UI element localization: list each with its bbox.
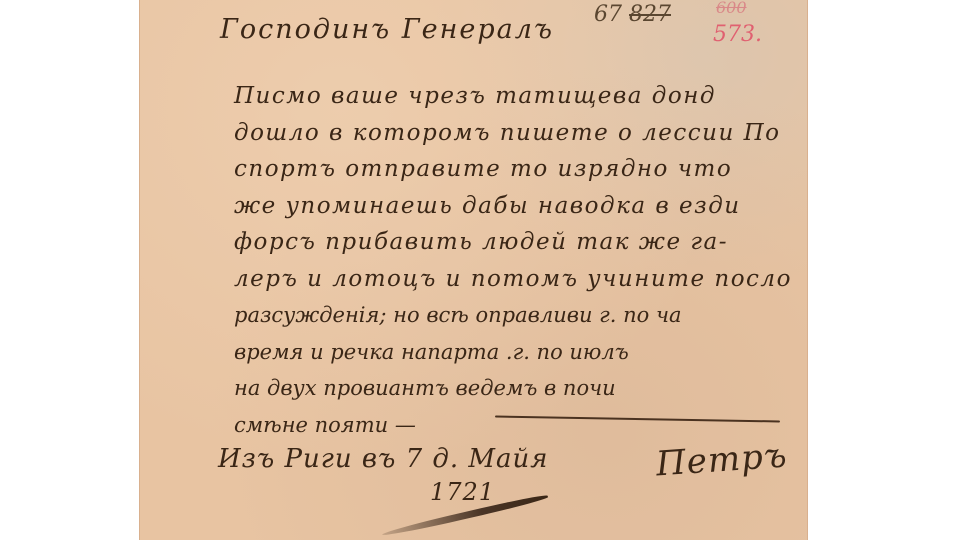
body-line: форсъ прибавить людей так же га- (234, 224, 794, 261)
archive-number-ink: 67 827 (594, 2, 671, 27)
archive-number-red: 573. (713, 22, 762, 47)
body-line: Писмо ваше чрезъ татищева донд (234, 78, 794, 115)
body-line: разсужденія; но всѣ оправливи г. по ча (234, 297, 794, 334)
place-date: Изъ Риги въ 7 д. Майя (218, 444, 548, 474)
body-line: дошло в которомъ пишете о лессии По (234, 115, 794, 152)
year: 1721 (430, 478, 495, 506)
body-line: же упоминаешь дабы наводка в езди (234, 188, 794, 225)
letter-page: Господинъ Генералъ 67 827 600 573. Писмо… (139, 0, 808, 540)
letter-body: Писмо ваше чрезъ татищева донд дошло в к… (234, 78, 794, 443)
body-line: смѣне пояти — (234, 407, 794, 444)
body-line: на двух провиантъ ведемъ в почи (234, 370, 794, 407)
body-line: леръ и лотоцъ и потомъ учините посло (234, 261, 794, 298)
salutation: Господинъ Генералъ (220, 14, 554, 45)
archive-number-red-struck: 600 (716, 0, 747, 17)
body-line: время и речка напарта .г. по июлъ (234, 334, 794, 371)
archive-number-prefix: 67 (594, 2, 622, 27)
body-line: спортъ отправите то изрядно что (234, 151, 794, 188)
archive-number-struck: 827 (629, 2, 671, 27)
signature: Петръ (655, 435, 789, 484)
